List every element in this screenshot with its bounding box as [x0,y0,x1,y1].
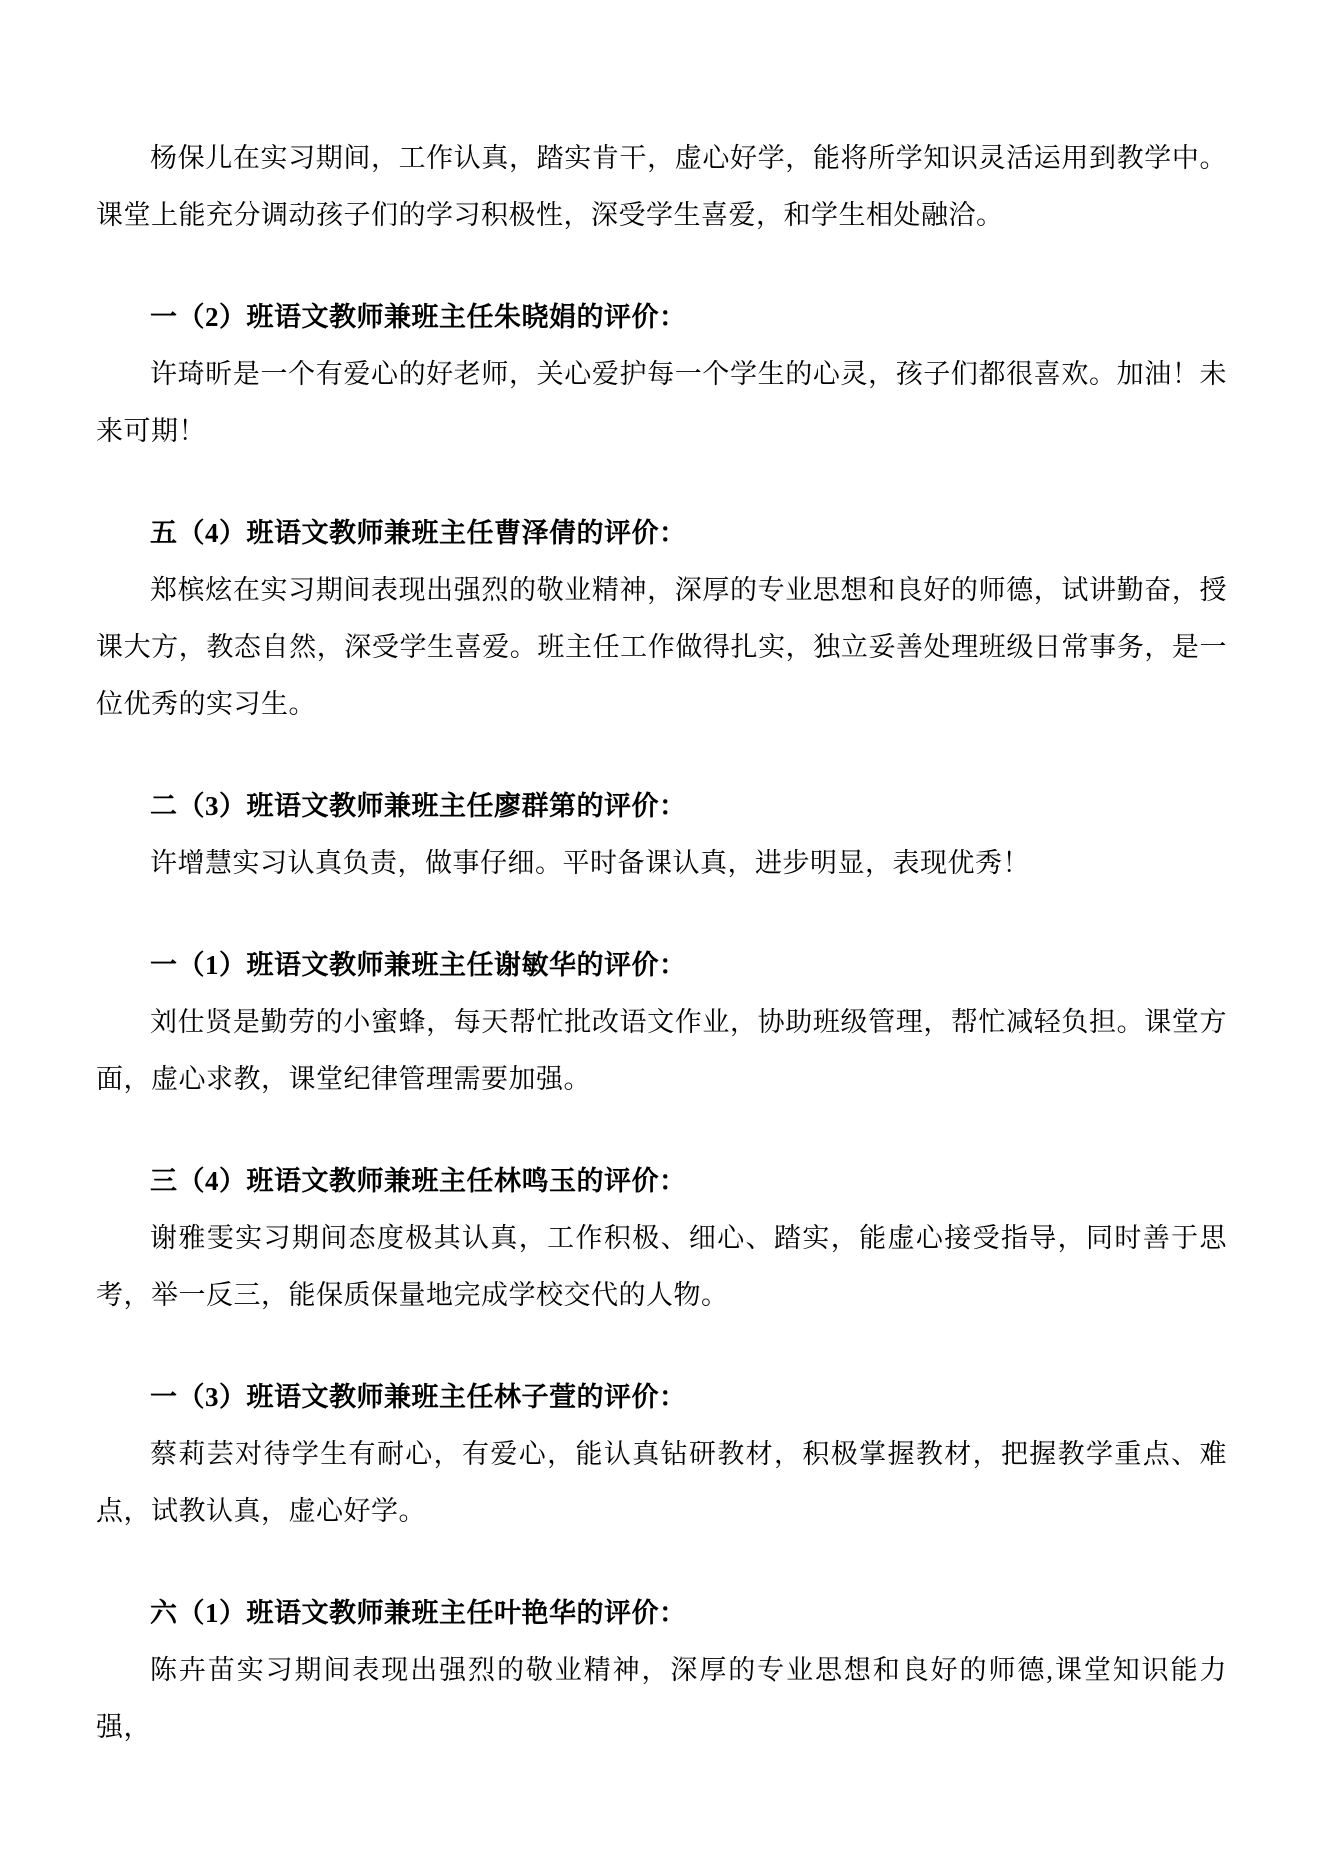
section-heading: 一（3）班语文教师兼班主任林子萱的评价： [96,1369,1227,1426]
section-heading: 三（4）班语文教师兼班主任林鸣玉的评价： [96,1153,1227,1210]
section-body: 郑槟炫在实习期间表现出强烈的敬业精神，深厚的专业思想和良好的师德，试讲勤奋，授课… [96,562,1227,733]
section-heading: 二（3）班语文教师兼班主任廖群第的评价： [96,778,1227,835]
evaluation-section: 三（4）班语文教师兼班主任林鸣玉的评价： 谢雅雯实习期间态度极其认真，工作积极、… [96,1153,1227,1324]
section-heading: 六（1）班语文教师兼班主任叶艳华的评价： [96,1585,1227,1642]
paragraph-intro: 杨保儿在实习期间，工作认真，踏实肯干，虚心好学，能将所学知识灵活运用到教学中。课… [96,130,1227,244]
section-body: 谢雅雯实习期间态度极其认真，工作积极、细心、踏实，能虚心接受指导，同时善于思考，… [96,1210,1227,1324]
section-body: 许增慧实习认真负责，做事仔细。平时备课认真，进步明显，表现优秀！ [96,835,1227,892]
evaluation-section: 一（3）班语文教师兼班主任林子萱的评价： 蔡莉芸对待学生有耐心，有爱心，能认真钻… [96,1369,1227,1540]
evaluation-section: 一（1）班语文教师兼班主任谢敏华的评价： 刘仕贤是勤劳的小蜜蜂，每天帮忙批改语文… [96,937,1227,1108]
evaluation-section: 二（3）班语文教师兼班主任廖群第的评价： 许增慧实习认真负责，做事仔细。平时备课… [96,778,1227,892]
evaluation-section: 六（1）班语文教师兼班主任叶艳华的评价： 陈卉苗实习期间表现出强烈的敬业精神，深… [96,1585,1227,1756]
section-heading: 一（2）班语文教师兼班主任朱晓娟的评价： [96,289,1227,346]
section-body: 刘仕贤是勤劳的小蜜蜂，每天帮忙批改语文作业，协助班级管理，帮忙减轻负担。课堂方面… [96,994,1227,1108]
document-page: 杨保儿在实习期间，工作认真，踏实肯干，虚心好学，能将所学知识灵活运用到教学中。课… [0,0,1323,1871]
evaluation-section: 一（2）班语文教师兼班主任朱晓娟的评价： 许琦昕是一个有爱心的好老师，关心爱护每… [96,289,1227,460]
section-body: 许琦昕是一个有爱心的好老师，关心爱护每一个学生的心灵，孩子们都很喜欢。加油！未来… [96,346,1227,460]
section-body: 蔡莉芸对待学生有耐心，有爱心，能认真钻研教材，积极掌握教材，把握教学重点、难点，… [96,1426,1227,1540]
section-body: 陈卉苗实习期间表现出强烈的敬业精神，深厚的专业思想和良好的师德,课堂知识能力强， [96,1642,1227,1756]
evaluation-section: 五（4）班语文教师兼班主任曹泽倩的评价： 郑槟炫在实习期间表现出强烈的敬业精神，… [96,505,1227,733]
section-heading: 一（1）班语文教师兼班主任谢敏华的评价： [96,937,1227,994]
section-heading: 五（4）班语文教师兼班主任曹泽倩的评价： [96,505,1227,562]
